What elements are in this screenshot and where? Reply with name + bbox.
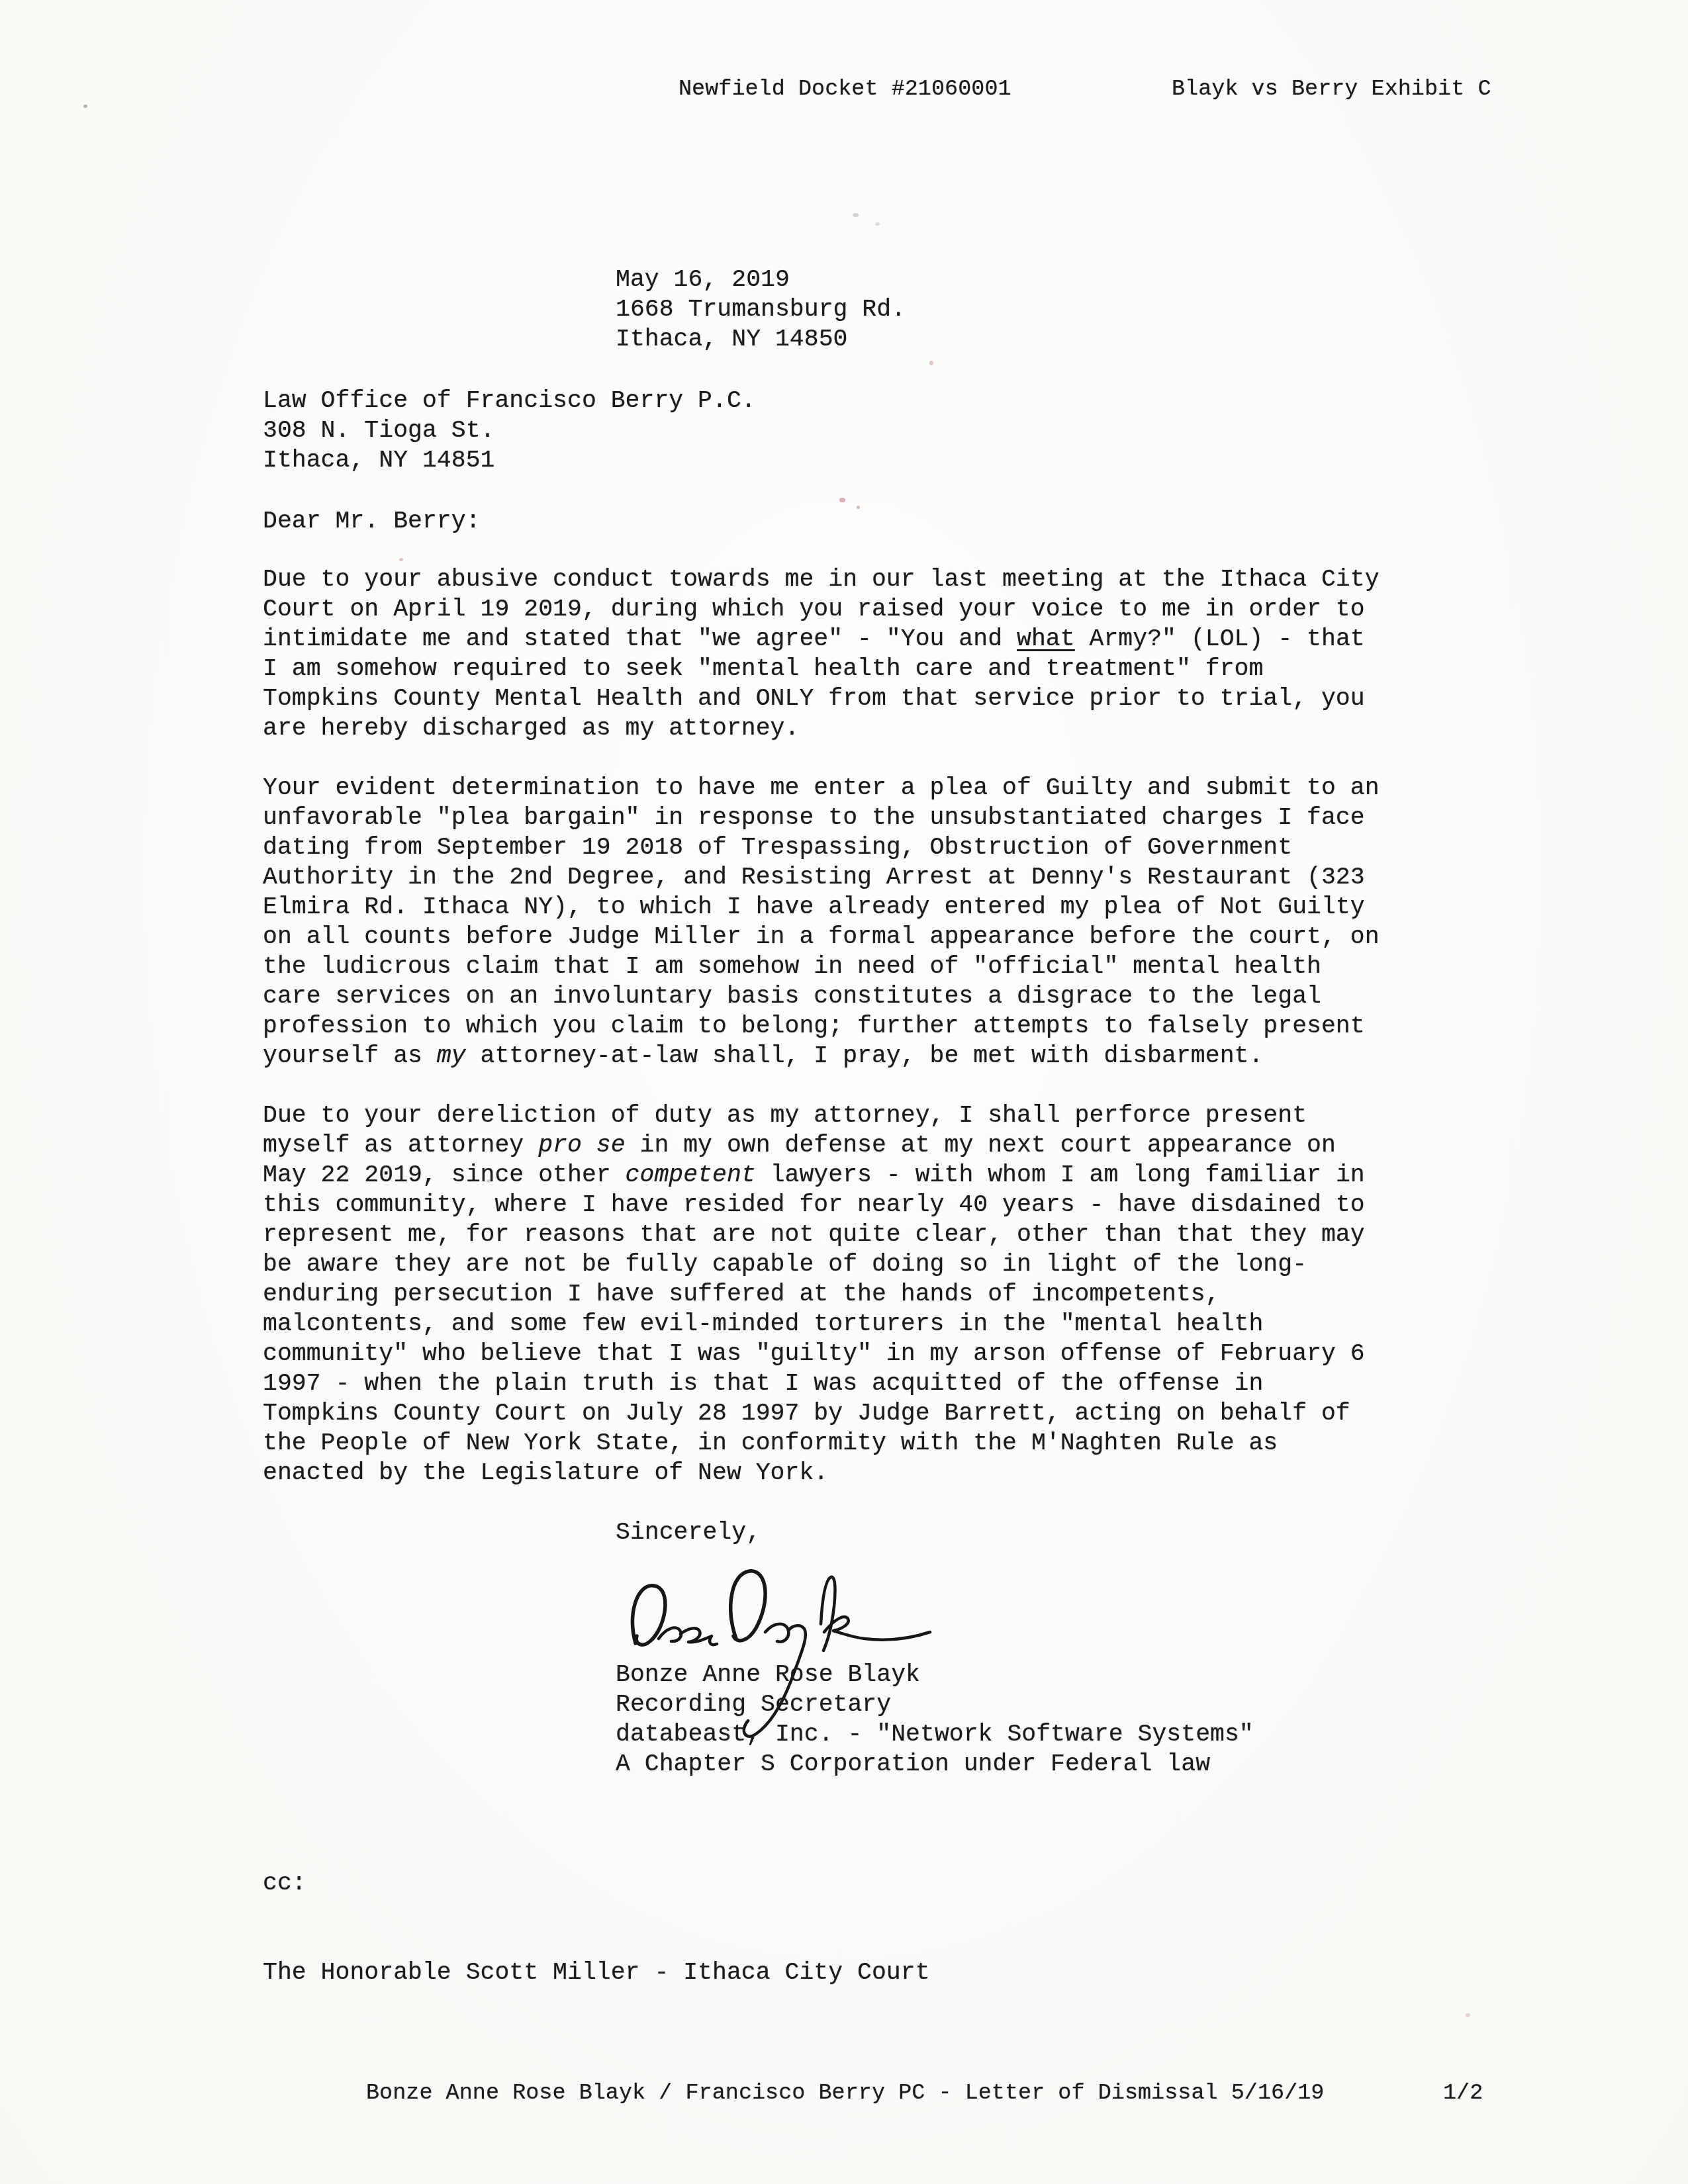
text-line: Ithaca, NY 14850 [616, 324, 906, 354]
text-line: the People of New York State, in conform… [263, 1428, 1365, 1458]
scan-speck [853, 213, 859, 217]
text-line: represent me, for reasons that are not q… [263, 1220, 1365, 1250]
cc-block: cc: The Honorable Scott Miller - Ithaca … [263, 1809, 930, 2047]
sender-address: May 16, 20191668 Trumansburg Rd.Ithaca, … [616, 265, 906, 354]
footer-title: Bonze Anne Rose Blayk / Francisco Berry … [366, 2079, 1324, 2107]
text-line: May 22 2019, since other competent lawye… [263, 1160, 1365, 1190]
cc-recipient: The Honorable Scott Miller - Ithaca City… [263, 1958, 930, 1987]
text-line: Recording Secretary [616, 1690, 1254, 1719]
cc-label: cc: [263, 1868, 930, 1898]
header-exhibit: Blayk vs Berry Exhibit C [1172, 75, 1491, 103]
header-docket: Newfield Docket #21060001 [679, 75, 1011, 103]
text-line: Tompkins County Court on July 28 1997 by… [263, 1398, 1365, 1428]
text-line: Ithaca, NY 14851 [263, 445, 756, 475]
scan-speck [875, 222, 880, 226]
text-line: 308 N. Tioga St. [263, 416, 756, 445]
text-line: Due to your abusive conduct towards me i… [263, 565, 1380, 594]
footer-page-number: 1/2 [1443, 2079, 1483, 2107]
valediction: Sincerely, [616, 1518, 761, 1547]
text-line: Law Office of Francisco Berry P.C. [263, 386, 756, 416]
text-line: 1997 - when the plain truth is that I wa… [263, 1369, 1365, 1398]
text-line: enacted by the Legislature of New York. [263, 1458, 1365, 1488]
text-line: community" who believe that I was "guilt… [263, 1339, 1365, 1369]
text-line: myself as attorney pro se in my own defe… [263, 1130, 1365, 1160]
text-line: Bonze Anne Rose Blayk [616, 1660, 1254, 1690]
text-line: May 16, 2019 [616, 265, 906, 295]
scan-speck [83, 105, 87, 108]
text-line: the ludicrous claim that I am somehow in… [263, 952, 1380, 981]
text-line: intimidate me and stated that "we agree"… [263, 624, 1380, 654]
text-line: I am somehow required to seek "mental he… [263, 654, 1380, 684]
scan-speck [1466, 2013, 1470, 2017]
text-line: Elmira Rd. Ithaca NY), to which I have a… [263, 892, 1380, 922]
text-line: enduring persecution I have suffered at … [263, 1279, 1365, 1309]
text-line: Authority in the 2nd Degree, and Resisti… [263, 862, 1380, 892]
text-line: malcontents, and some few evil-minded to… [263, 1309, 1365, 1339]
paragraph-plea: Your evident determination to have me en… [263, 773, 1380, 1071]
text-line: Due to your dereliction of duty as my at… [263, 1101, 1365, 1130]
scan-speck [839, 498, 845, 502]
text-line: Court on April 19 2019, during which you… [263, 594, 1380, 624]
paragraph-pro-se: Due to your dereliction of duty as my at… [263, 1101, 1365, 1488]
text-line: be aware they are not be fully capable o… [263, 1250, 1365, 1279]
text-line: 1668 Trumansburg Rd. [616, 295, 906, 324]
text-line: yourself as my attorney-at-law shall, I … [263, 1041, 1380, 1071]
text-line: unfavorable "plea bargain" in response t… [263, 803, 1380, 833]
scan-speck [929, 361, 933, 365]
text-line: profession to which you claim to belong;… [263, 1011, 1380, 1041]
text-line: care services on an involuntary basis co… [263, 981, 1380, 1011]
signature-name-block: Bonze Anne Rose BlaykRecording Secretary… [616, 1660, 1254, 1779]
recipient-address: Law Office of Francisco Berry P.C.308 N.… [263, 386, 756, 475]
text-line: Your evident determination to have me en… [263, 773, 1380, 803]
text-line: A Chapter S Corporation under Federal la… [616, 1749, 1254, 1779]
text-line: this community, where I have resided for… [263, 1190, 1365, 1220]
letter-page: Newfield Docket #21060001 Blayk vs Berry… [0, 0, 1688, 2184]
text-line: Tompkins County Mental Health and ONLY f… [263, 684, 1380, 713]
text-line: on all counts before Judge Miller in a f… [263, 922, 1380, 952]
text-line: databeast, Inc. - "Network Software Syst… [616, 1719, 1254, 1749]
scan-speck [857, 506, 860, 509]
text-line: are hereby discharged as my attorney. [263, 713, 1380, 743]
scan-speck [399, 558, 403, 561]
salutation: Dear Mr. Berry: [263, 506, 481, 536]
paragraph-discharge: Due to your abusive conduct towards me i… [263, 565, 1380, 743]
text-line: dating from September 19 2018 of Trespas… [263, 833, 1380, 862]
